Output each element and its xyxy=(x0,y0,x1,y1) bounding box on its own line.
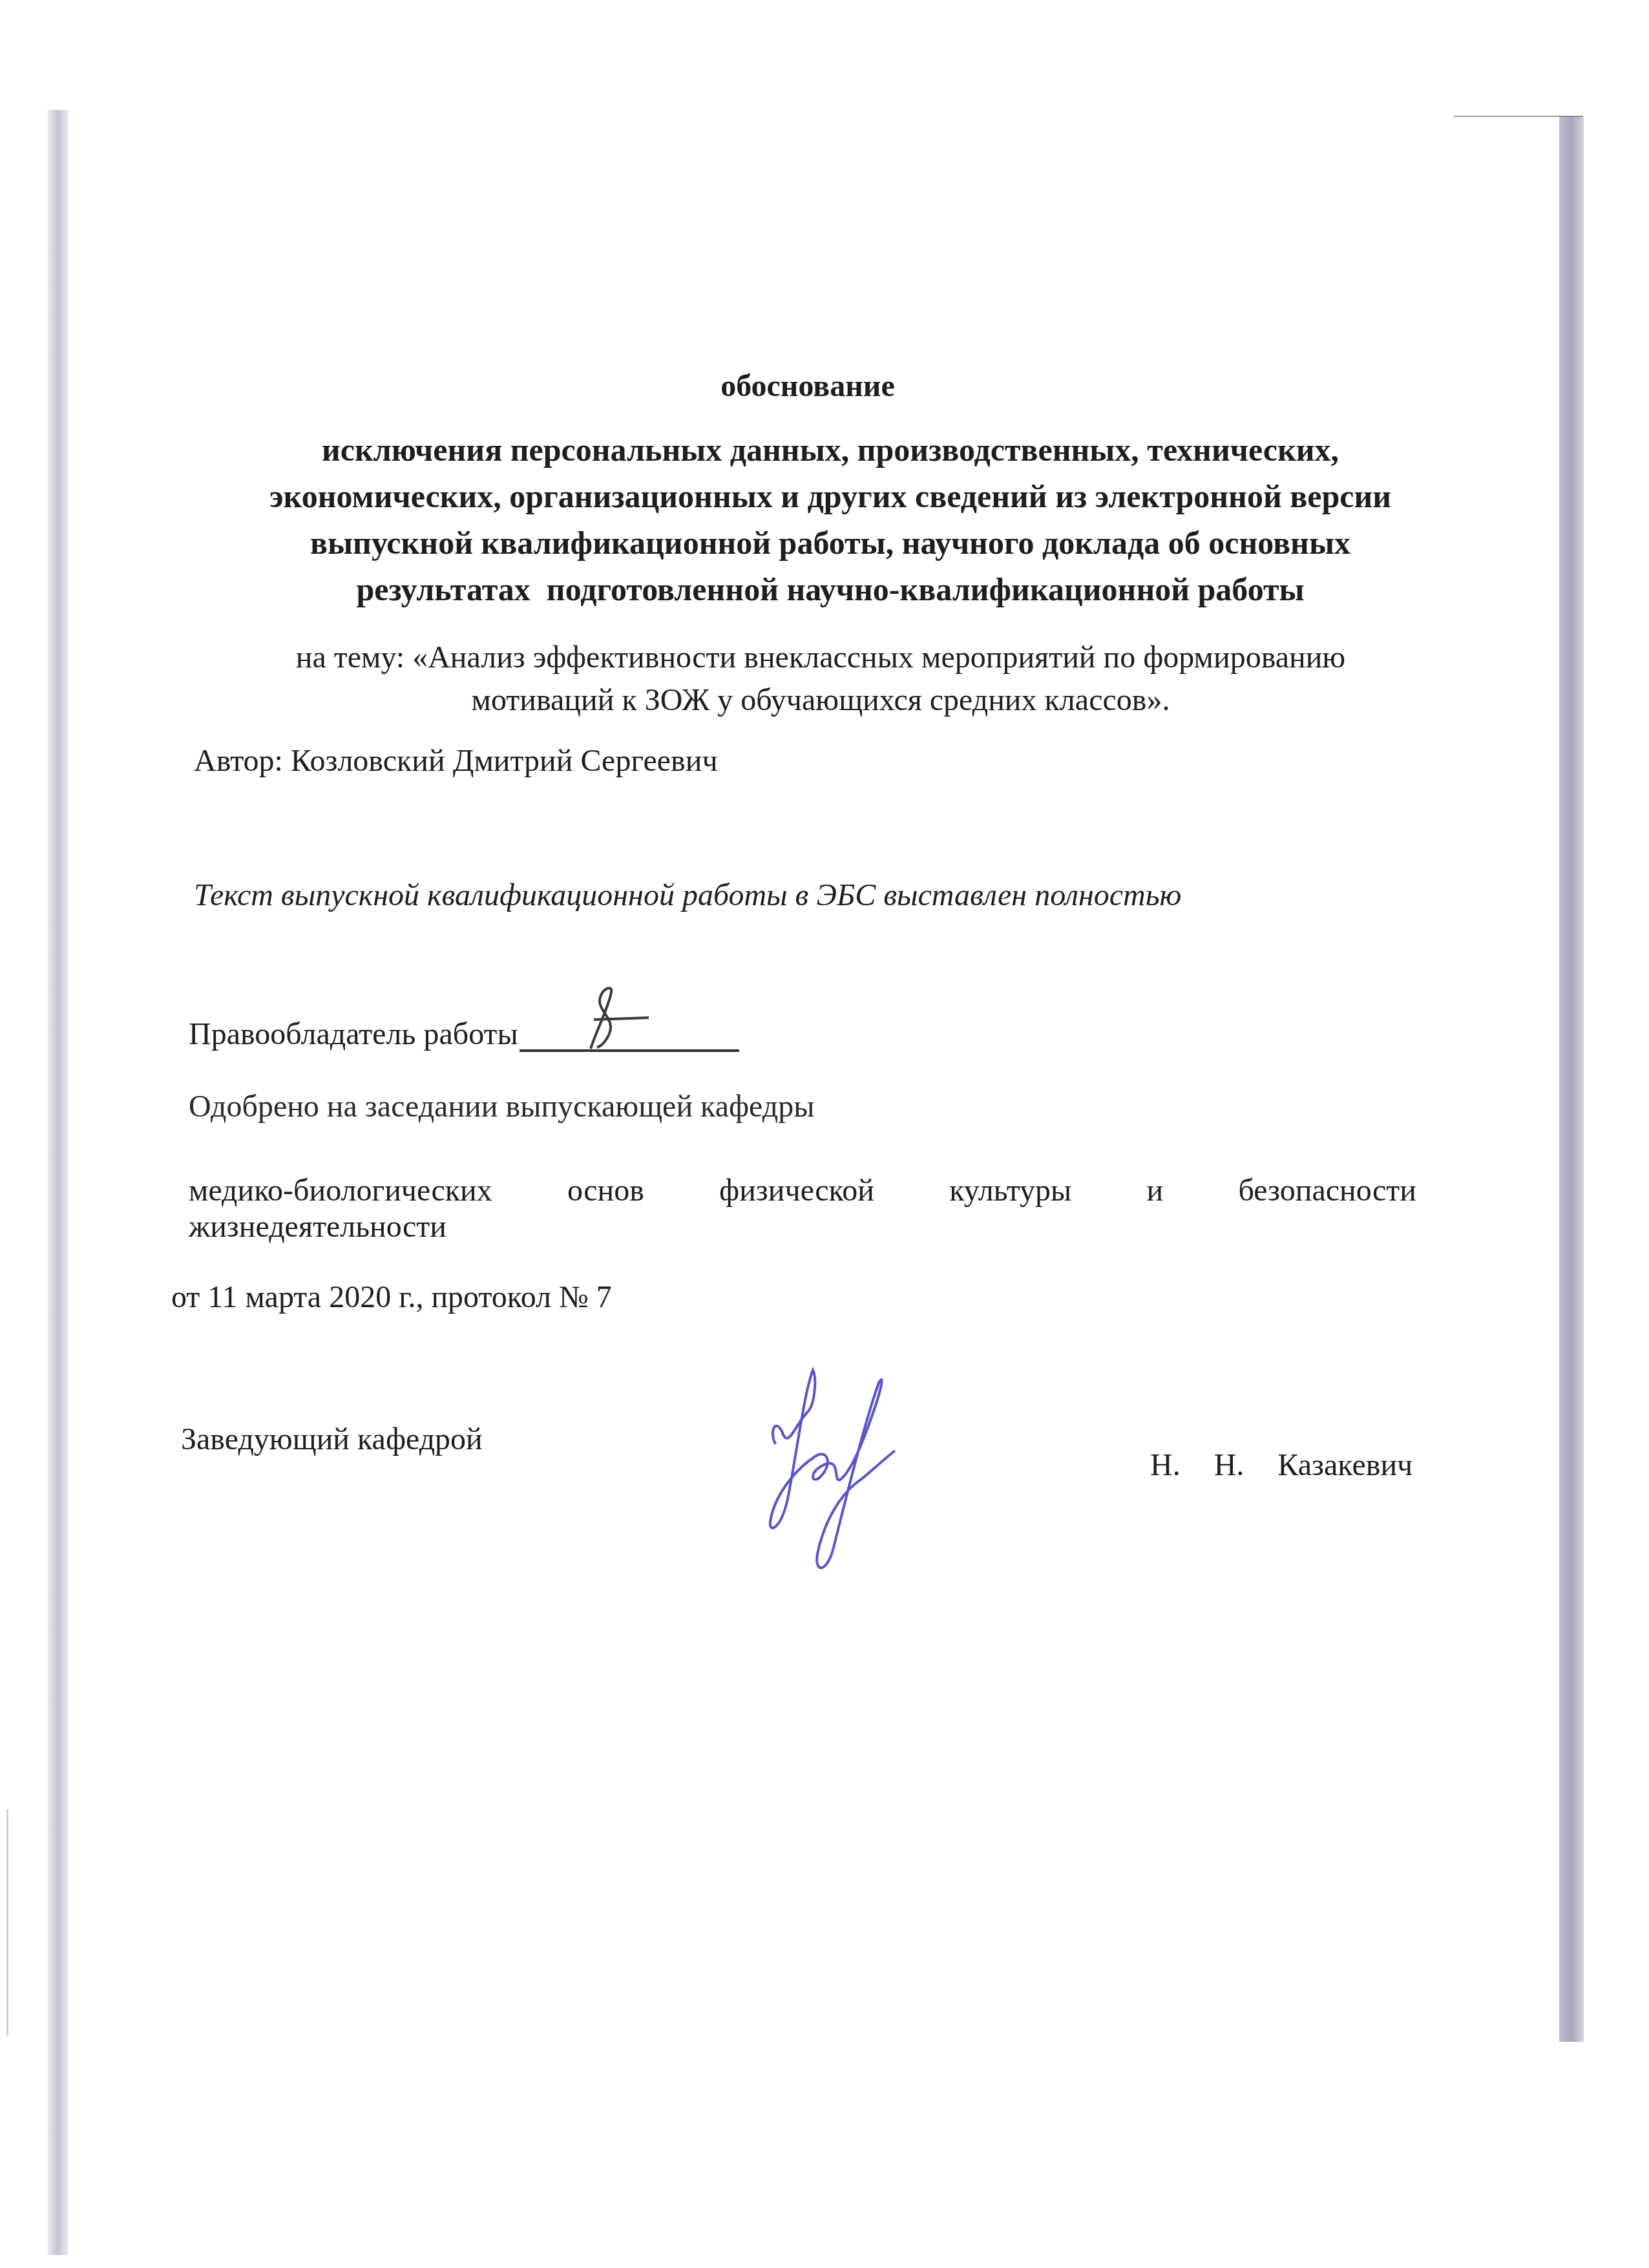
head-title: Заведующий кафедрой xyxy=(181,1422,483,1457)
rights-holder-row: Правообладатель работы xyxy=(189,1013,1416,1052)
document-heading: обоснование xyxy=(194,368,1422,404)
thesis-topic: на тему: «Анализ эффективности внеклассн… xyxy=(207,636,1434,722)
document-subheading: исключения персональных данных, производ… xyxy=(233,426,1428,613)
signature-line xyxy=(520,1013,739,1052)
department-word: безопасности xyxy=(1238,1173,1416,1209)
department-word: культуры xyxy=(949,1173,1071,1209)
head-name: Н. Н. Казакевич xyxy=(1150,1447,1413,1483)
department-word: основ xyxy=(567,1173,644,1209)
subheading-line: исключения персональных данных, производ… xyxy=(233,426,1428,473)
author-line: Автор: Козловский Дмитрий Сергеевич xyxy=(194,743,1422,779)
scan-edge-right-top-line xyxy=(1454,116,1583,117)
department-word: физической xyxy=(719,1173,874,1209)
protocol-date: от 11 марта 2020 г., протокол № 7 xyxy=(171,1279,1399,1315)
scan-edge-left-thin xyxy=(6,1809,8,2035)
department-line-1: медико-биологических основ физической ку… xyxy=(189,1173,1416,1209)
approved-label: Одобрено на заседании выпускающей кафедр… xyxy=(189,1089,1416,1124)
subheading-line: выпускной квалификационной работы, научн… xyxy=(233,520,1428,566)
subheading-line: экономических, организационных и других … xyxy=(233,473,1428,520)
department-head-row: Заведующий кафедрой Н. Н. Казакевич xyxy=(181,1422,1441,1628)
subheading-line: результатах подготовленной научно-квалиф… xyxy=(233,566,1428,613)
department-line-2: жизнедеятельности xyxy=(189,1209,1416,1245)
publication-note: Текст выпускной квалификационной работы … xyxy=(194,877,1422,913)
department-name: медико-биологических основ физической ку… xyxy=(189,1173,1416,1245)
rights-holder-signature-icon xyxy=(571,984,662,1055)
department-word: медико-биологических xyxy=(189,1173,492,1209)
scan-edge-left xyxy=(48,110,68,2255)
head-signature-icon xyxy=(737,1367,969,1580)
department-word: и xyxy=(1147,1173,1164,1209)
topic-line: мотиваций к ЗОЖ у обучающихся средних кл… xyxy=(207,679,1434,722)
scanned-page: обоснование исключения персональных данн… xyxy=(0,0,1649,2268)
scan-edge-right xyxy=(1559,116,1584,2042)
topic-line: на тему: «Анализ эффективности внеклассн… xyxy=(207,636,1434,679)
rights-holder-label: Правообладатель работы xyxy=(189,1016,518,1052)
